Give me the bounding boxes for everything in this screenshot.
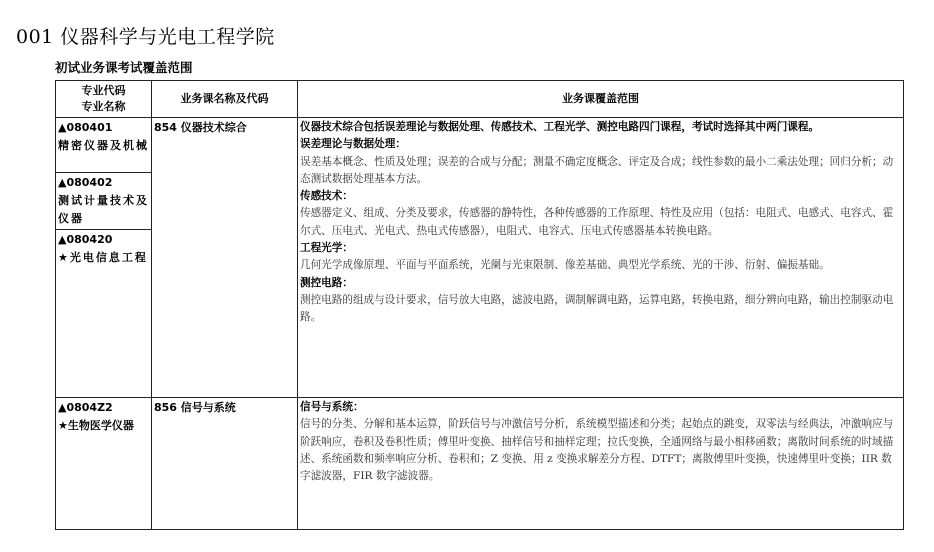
major-item: ▲080402 测试计量技术及仪器 <box>56 173 151 230</box>
section-body: 测控电路的组成与设计要求，信号放大电路，滤波电路，调制解调电路，运算电路，转换电… <box>300 292 901 327</box>
course-cell: 854 仪器技术综合 <box>152 118 298 398</box>
header-major: 专业代码 专业名称 <box>56 81 152 118</box>
table-row: ▲080401 精密仪器及机械 ▲080402 测试计量技术及仪器 ▲08042… <box>56 118 904 398</box>
section-heading: 工程光学： <box>300 240 901 257</box>
exam-scope-table: 专业代码 专业名称 业务课名称及代码 业务课覆盖范围 ▲080401 精密仪器及… <box>55 80 904 530</box>
scope-intro: 仪器技术综合包括误差理论与数据处理、传感技术、工程光学、测控电路四门课程，考试时… <box>300 119 901 136</box>
section-heading: 测控电路： <box>300 275 901 292</box>
major-name: ★生物医学仪器 <box>58 417 149 435</box>
major-code: ▲080420 <box>58 231 149 249</box>
section-body: 传感器定义、组成、分类及要求，传感器的静特性，各种传感器的工作原理、特性及应用（… <box>300 205 901 240</box>
section-heading: 误差理论与数据处理： <box>300 136 901 153</box>
major-item: ▲080401 精密仪器及机械 <box>56 118 151 173</box>
major-name: 测试计量技术及仪器 <box>58 192 149 228</box>
major-name: 精密仪器及机械 <box>58 137 149 155</box>
table-header-row: 专业代码 专业名称 业务课名称及代码 业务课覆盖范围 <box>56 81 904 118</box>
section-subtitle: 初试业务课考试覆盖范围 <box>55 58 193 76</box>
table-row: ▲0804Z2 ★生物医学仪器 856 信号与系统 信号与系统： 信号的分类、分… <box>56 398 904 530</box>
major-code: ▲080402 <box>58 174 149 192</box>
majors-cell: ▲080401 精密仪器及机械 ▲080402 测试计量技术及仪器 ▲08042… <box>56 118 152 398</box>
major-code: ▲080401 <box>58 119 149 137</box>
major-name: ★光电信息工程 <box>58 249 149 267</box>
section-heading: 信号与系统： <box>300 399 901 416</box>
header-course: 业务课名称及代码 <box>152 81 298 118</box>
section-body: 信号的分类、分解和基本运算，阶跃信号与冲激信号分析，系统模型描述和分类；起始点的… <box>300 416 901 485</box>
scope-cell: 信号与系统： 信号的分类、分解和基本运算，阶跃信号与冲激信号分析，系统模型描述和… <box>298 398 904 530</box>
section-body: 几何光学成像原理、平面与平面系统，光阑与光束限制、像差基础、典型光学系统、光的干… <box>300 257 901 274</box>
section-heading: 传感技术： <box>300 188 901 205</box>
majors-cell: ▲0804Z2 ★生物医学仪器 <box>56 398 152 530</box>
major-item: ▲080420 ★光电信息工程 <box>56 230 151 268</box>
major-code: ▲0804Z2 <box>58 399 149 417</box>
page-title: 001 仪器科学与光电工程学院 <box>16 22 275 49</box>
scope-cell: 仪器技术综合包括误差理论与数据处理、传感技术、工程光学、测控电路四门课程，考试时… <box>298 118 904 398</box>
course-cell: 856 信号与系统 <box>152 398 298 530</box>
section-body: 误差基本概念、性质及处理；误差的合成与分配；测量不确定度概念、评定及合成；线性参… <box>300 154 901 189</box>
header-scope: 业务课覆盖范围 <box>298 81 904 118</box>
